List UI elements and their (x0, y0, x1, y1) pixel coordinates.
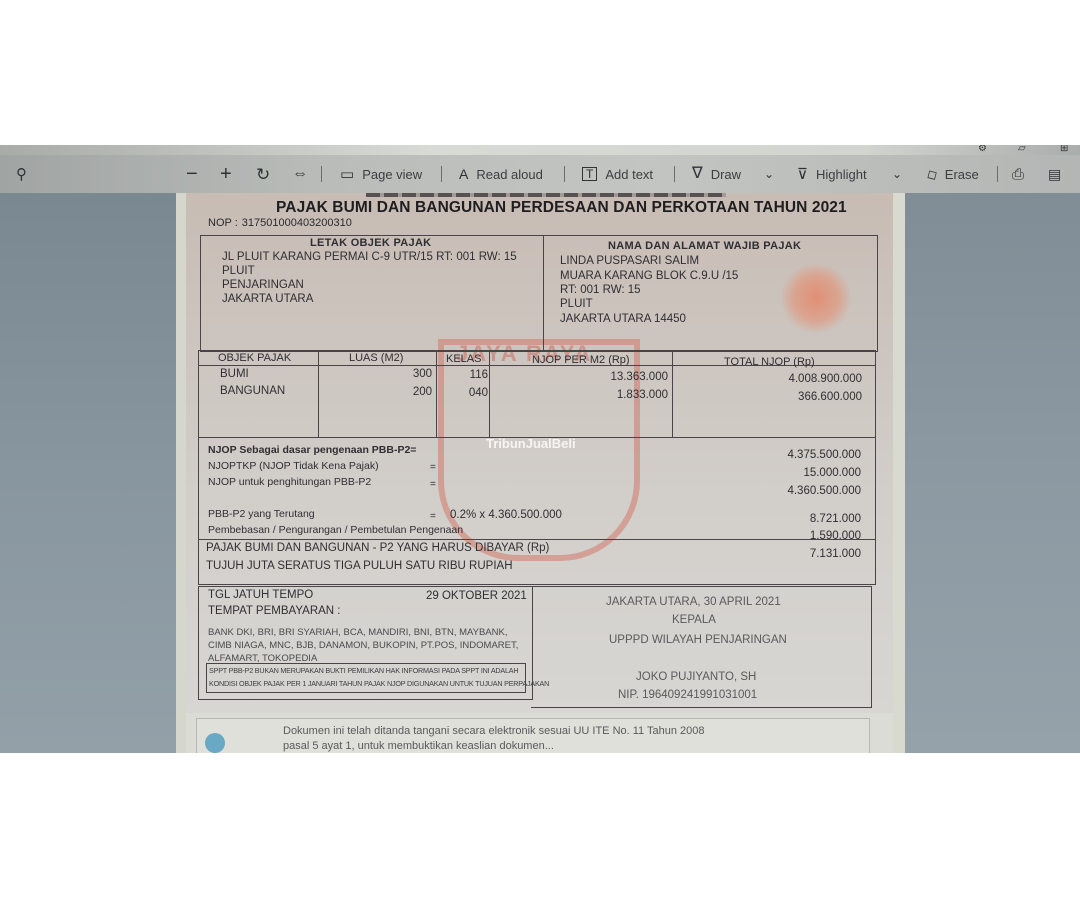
wajib-pajak-line: LINDA PUSPASARI SALIM (560, 255, 699, 267)
banks-list: CIMB NIAGA, MNC, BJB, DANAMON, BUKOPIN, … (208, 640, 518, 651)
fit-width-button[interactable]: ⇔ (292, 166, 308, 182)
signature-place-date: JAKARTA UTARA, 30 APRIL 2021 (606, 596, 781, 608)
jatuh-tempo-value: 29 OKTOBER 2021 (426, 590, 527, 602)
chevron-down-icon: ⌄ (764, 168, 774, 180)
nop-field: NOP :317501000403200310 (204, 217, 352, 229)
total-njop-value: 4.008.900.000 (746, 373, 862, 385)
document-title: PAJAK BUMI DAN BANGUNAN PERDESAAN DAN PE… (276, 199, 847, 217)
rotate-button[interactable]: ↻ (256, 166, 270, 183)
table-header: NJOP PER M2 (Rp) (532, 354, 630, 366)
page-view-label: Page view (362, 167, 422, 182)
draw-label: Draw (711, 167, 741, 182)
minus-icon: − (186, 164, 198, 184)
notice-text: KONDISI OBJEK PAJAK PER 1 JANUARI TAHUN … (209, 679, 549, 688)
calc-box (198, 436, 876, 585)
nop-value: 317501000403200310 (242, 217, 352, 229)
read-aloud-button[interactable]: A Read aloud (459, 167, 543, 182)
jatuh-tempo-label: TGL JATUH TEMPO (208, 589, 313, 601)
table-col-divider (489, 350, 490, 438)
viewer-background-right (905, 193, 1080, 753)
add-text-label: Add text (605, 167, 653, 182)
signatory-name: JOKO PUJIYANTO, SH (636, 671, 756, 683)
njop-per-m2-value: 13.363.000 (566, 371, 668, 383)
viewer-background-left (0, 193, 176, 753)
eraser-icon: ◇ (923, 165, 939, 183)
nop-label: NOP : (208, 217, 238, 229)
window-top-strip: ⚙ ▱ ⊞ (0, 145, 1080, 155)
table-col-divider (436, 350, 437, 438)
add-text-button[interactable]: T Add text (582, 167, 653, 182)
table-header: LUAS (M2) (349, 352, 403, 364)
read-aloud-label: Read aloud (476, 167, 543, 182)
photo-of-screen: ⚙ ▱ ⊞ ⚲ − + ↻ ⇔ ▭ Page view A Read aloud (0, 145, 1080, 753)
draw-button[interactable]: ∇ Draw (692, 166, 741, 182)
toolbar-divider (564, 166, 565, 182)
wajib-pajak-line: RT: 001 RW: 15 (560, 284, 641, 296)
plus-icon: + (220, 164, 232, 184)
wajib-pajak-line: JAKARTA UTARA 14450 (560, 313, 686, 325)
highlight-options-dropdown[interactable]: ⌄ (892, 168, 902, 180)
add-icon[interactable]: ⊞ (1060, 145, 1068, 154)
toolbar-divider (441, 166, 442, 182)
erase-label: Erase (945, 167, 979, 182)
table-col-divider (318, 350, 319, 438)
kelas-value: 040 (442, 387, 488, 399)
highlight-icon: ⊽ (797, 167, 808, 182)
draw-icon: ∇ (692, 166, 703, 182)
total-njop-value: 366.600.000 (746, 391, 862, 403)
e-signature-text: pasal 5 ayat 1, untuk membuktikan keasli… (283, 740, 554, 752)
objek-name: BUMI (220, 368, 249, 380)
signatory-nip: NIP. 196409241991031001 (618, 689, 757, 701)
table-col-divider (672, 350, 673, 438)
e-signature-text: Dokumen ini telah ditanda tangani secara… (283, 725, 705, 737)
erase-button[interactable]: ◇ Erase (926, 167, 979, 182)
luas-value: 200 (376, 386, 432, 398)
kelas-value: 116 (442, 369, 488, 381)
fit-width-icon: ⇔ (292, 166, 308, 182)
wajib-pajak-line: PLUIT (560, 298, 593, 310)
tempat-pembayaran-label: TEMPAT PEMBAYARAN : (208, 605, 341, 617)
notice-text: SPPT PBB-P2 BUKAN MERUPAKAN BUKTI PEMILI… (209, 666, 518, 675)
letak-objek-line: JAKARTA UTARA (222, 293, 313, 305)
wajib-pajak-heading: NAMA DAN ALAMAT WAJIB PAJAK (608, 240, 801, 252)
save-button[interactable]: ▤ (1048, 167, 1061, 181)
page-view-button[interactable]: ▭ Page view (340, 167, 422, 182)
rotate-icon: ↻ (256, 166, 270, 183)
zoom-out-button[interactable]: − (186, 164, 198, 184)
page-view-icon: ▭ (340, 167, 354, 182)
read-aloud-icon: A (459, 167, 468, 181)
page-edge (176, 193, 186, 753)
letak-objek-line: JL PLUIT KARANG PERMAI C-9 UTR/15 RT: 00… (222, 251, 517, 263)
table-header: TOTAL NJOP (Rp) (724, 356, 815, 368)
table-header: OBJEK PAJAK (218, 352, 291, 364)
cut-off-heading (366, 193, 726, 197)
highlight-label: Highlight (816, 167, 867, 182)
print-icon: ⎙ (1012, 167, 1024, 182)
draw-options-dropdown[interactable]: ⌄ (764, 168, 774, 180)
wajib-pajak-line: MUARA KARANG BLOK C.9.U /15 (560, 270, 738, 282)
address-divider (543, 235, 544, 352)
toolbar-divider (321, 166, 322, 182)
luas-value: 300 (376, 368, 432, 380)
table-header: KELAS (446, 353, 481, 365)
save-icon: ▤ (1048, 167, 1061, 181)
add-text-icon: T (582, 167, 597, 181)
print-button[interactable]: ⎙ (1012, 167, 1024, 182)
letak-objek-heading: LETAK OBJEK PAJAK (310, 237, 431, 249)
letak-objek-line: PENJARINGAN (222, 279, 304, 291)
settings-icon[interactable]: ⚙ (978, 145, 987, 154)
chevron-down-icon: ⌄ (892, 168, 902, 180)
highlight-button[interactable]: ⊽ Highlight (797, 167, 867, 182)
comment-icon[interactable]: ▱ (1018, 145, 1026, 154)
letak-objek-line: PLUIT (222, 265, 255, 277)
page-edge (893, 193, 905, 753)
njop-per-m2-value: 1.833.000 (566, 389, 668, 401)
bsre-logo-icon (205, 733, 225, 753)
sppt-document-page: PAJAK BUMI DAN BANGUNAN PERDESAAN DAN PE… (186, 193, 893, 753)
search-icon: ⚲ (16, 167, 27, 182)
toolbar-divider (997, 166, 998, 182)
e-signature-notice: Dokumen ini telah ditanda tangani secara… (196, 718, 870, 753)
toolbar-divider (674, 166, 675, 182)
zoom-in-button[interactable]: + (220, 164, 232, 184)
signature-office: UPPPD WILAYAH PENJARINGAN (609, 634, 787, 646)
banks-list: BANK DKI, BRI, BRI SYARIAH, BCA, MANDIRI… (208, 627, 507, 638)
search-button[interactable]: ⚲ (16, 167, 27, 182)
pdf-toolbar: ⚲ − + ↻ ⇔ ▭ Page view A Read aloud T Add… (0, 155, 1080, 195)
signature-position: KEPALA (672, 614, 716, 626)
objek-name: BANGUNAN (220, 385, 285, 397)
